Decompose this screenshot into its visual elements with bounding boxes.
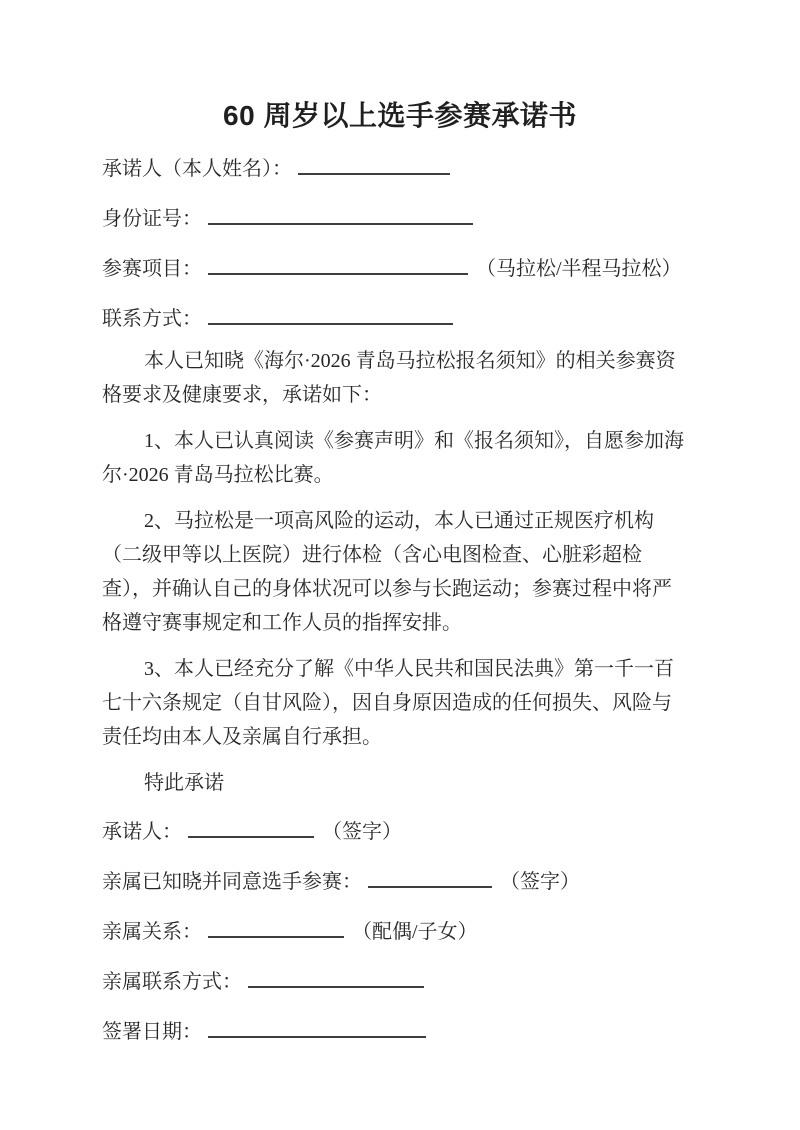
field-row-id-number: 身份证号： [102,201,698,232]
document-page: 60 周岁以上选手参赛承诺书 承诺人（本人姓名）： 身份证号： 参赛项目：（马拉… [0,0,800,1130]
paragraph-intro: 本人已知晓《海尔·2026 青岛马拉松报名须知》的相关参赛资 格要求及健康要求，… [102,344,698,412]
paragraph-clause-3: 3、本人已经充分了解《中华人民共和国民法典》第一千一百 七十六条规定（自甘风险）… [102,652,698,754]
field-row-family-relation: 亲属关系：（配偶/子女） [102,914,698,945]
signature-fields: 承诺人：（签字） 亲属已知晓并同意选手参赛：（签字） 亲属关系：（配偶/子女） … [102,814,698,1045]
document-body: 本人已知晓《海尔·2026 青岛马拉松报名须知》的相关参赛资 格要求及健康要求，… [102,344,698,800]
blank-line [298,151,450,175]
field-suffix: （签字） [322,821,402,843]
field-label: 承诺人： [102,821,182,843]
field-label: 参赛项目： [102,258,202,280]
field-row-promisor-name: 承诺人（本人姓名）： [102,151,698,182]
blank-line [248,964,424,988]
field-label: 亲属已知晓并同意选手参赛： [102,871,362,893]
signature-row-family-consent: 亲属已知晓并同意选手参赛：（签字） [102,864,698,895]
field-label: 承诺人（本人姓名）： [102,158,292,180]
field-suffix: （马拉松/半程马拉松） [476,258,682,280]
closing-statement: 特此承诺 [102,766,698,800]
paragraph-line: 格要求及健康要求，承诺如下： [102,378,698,412]
paragraph-clause-2: 2、马拉松是一项高风险的运动，本人已通过正规医疗机构 （二级甲等以上医院）进行体… [102,504,698,640]
paragraph-line: 格遵守赛事规定和工作人员的指挥安排。 [102,606,698,640]
paragraph-line: 3、本人已经充分了解《中华人民共和国民法典》第一千一百 [102,652,698,686]
paragraph-line: 特此承诺 [102,766,698,800]
blank-line [208,251,468,275]
paragraph-line: 责任均由本人及亲属自行承担。 [102,720,698,754]
paragraph-line: 2、马拉松是一项高风险的运动，本人已通过正规医疗机构 [102,504,698,538]
blank-line [208,914,344,938]
signature-row-promisor: 承诺人：（签字） [102,814,698,845]
header-fields: 承诺人（本人姓名）： 身份证号： 参赛项目：（马拉松/半程马拉松） 联系方式： [102,151,698,332]
paragraph-line: 1、本人已认真阅读《参赛声明》和《报名须知》，自愿参加海 [102,424,698,458]
field-label: 签署日期： [102,1021,202,1043]
field-row-event: 参赛项目：（马拉松/半程马拉松） [102,251,698,282]
blank-line [208,1014,426,1038]
field-label: 亲属关系： [102,921,202,943]
paragraph-line: （二级甲等以上医院）进行体检（含心电图检查、心脏彩超检 [102,538,698,572]
field-row-sign-date: 签署日期： [102,1014,698,1045]
field-row-family-contact: 亲属联系方式： [102,964,698,995]
blank-line [208,201,473,225]
field-label: 联系方式： [102,308,202,330]
blank-line [208,301,453,325]
blank-line [188,814,314,838]
field-label: 亲属联系方式： [102,971,242,993]
paragraph-line: 七十六条规定（自甘风险），因自身原因造成的任何损失、风险与 [102,686,698,720]
blank-line [368,864,492,888]
paragraph-line: 本人已知晓《海尔·2026 青岛马拉松报名须知》的相关参赛资 [102,344,698,378]
field-suffix: （签字） [500,871,580,893]
field-label: 身份证号： [102,208,202,230]
paragraph-line: 尔·2026 青岛马拉松比赛。 [102,458,698,492]
field-suffix: （配偶/子女） [352,921,478,943]
field-row-contact: 联系方式： [102,301,698,332]
paragraph-line: 查），并确认自己的身体状况可以参与长跑运动；参赛过程中将严 [102,572,698,606]
document-title: 60 周岁以上选手参赛承诺书 [102,0,698,131]
paragraph-clause-1: 1、本人已认真阅读《参赛声明》和《报名须知》，自愿参加海 尔·2026 青岛马拉… [102,424,698,492]
